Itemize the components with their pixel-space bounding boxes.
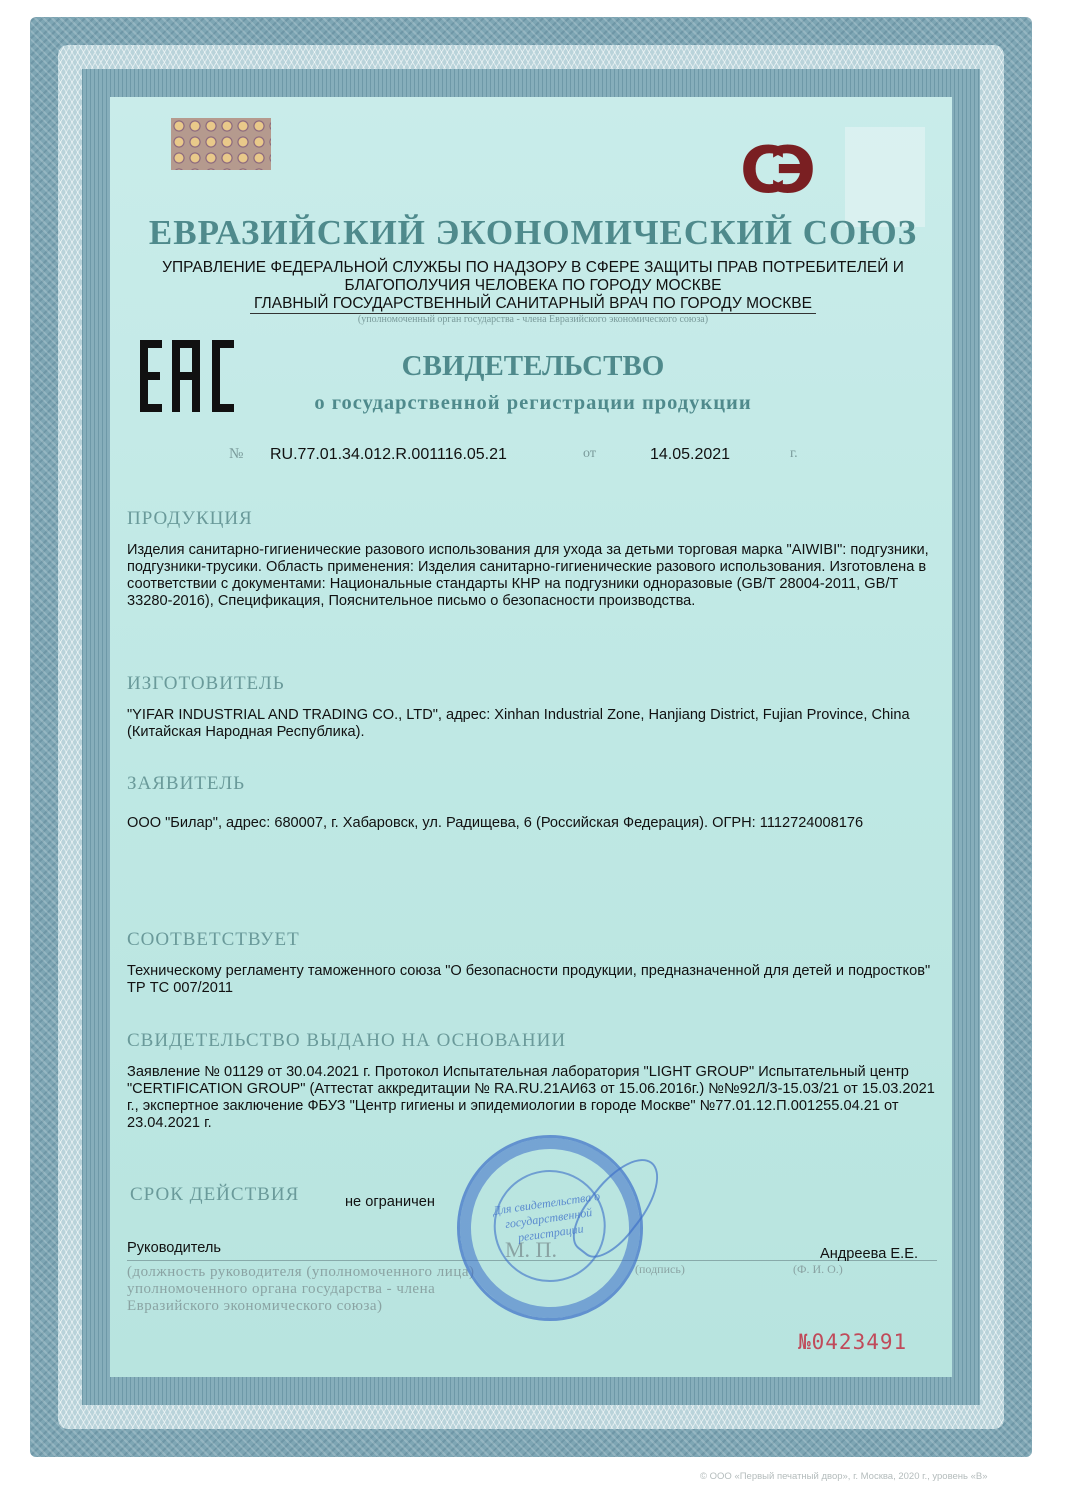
- serial-number: №0423491: [798, 1330, 907, 1354]
- se-logo-icon: СЭ: [740, 142, 810, 200]
- union-title: ЕВРАЗИЙСКИЙ ЭКОНОМИЧЕСКИЙ СОЮЗ: [0, 213, 1066, 253]
- agency-line-1: УПРАВЛЕНИЕ ФЕДЕРАЛЬНОЙ СЛУЖБЫ ПО НАДЗОРУ…: [130, 259, 936, 277]
- section-title-basis: СВИДЕТЕЛЬСТВО ВЫДАНО НА ОСНОВАНИИ: [127, 1030, 566, 1052]
- hologram-sticker: [171, 118, 271, 170]
- certificate-number: RU.77.01.34.012.R.001116.05.21: [270, 446, 507, 464]
- agency-line-3: ГЛАВНЫЙ ГОСУДАРСТВЕННЫЙ САНИТАРНЫЙ ВРАЧ …: [250, 295, 816, 314]
- section-body-product: Изделия санитарно-гигиенические разового…: [127, 542, 947, 610]
- section-body-basis: Заявление № 01129 от 30.04.2021 г. Прото…: [127, 1064, 947, 1132]
- signature-caption: (подпись): [635, 1262, 685, 1277]
- head-name: Андреева Е.Е.: [820, 1246, 918, 1262]
- section-title-product: ПРОДУКЦИЯ: [127, 508, 253, 530]
- agency-line-2: БЛАГОПОЛУЧИЯ ЧЕЛОВЕКА ПО ГОРОДУ МОСКВЕ: [130, 277, 936, 295]
- year-suffix: г.: [790, 446, 798, 462]
- section-body-applicant: ООО "Билар", адрес: 680007, г. Хабаровск…: [127, 815, 947, 832]
- printer-note: © ООО «Первый печатный двор», г. Москва,…: [700, 1471, 988, 1482]
- fio-caption: (Ф. И. О.): [793, 1262, 843, 1277]
- validity-row: СРОК ДЕЙСТВИЯ не ограничен: [130, 1184, 299, 1206]
- section-body-complies: Техническому регламенту таможенного союз…: [127, 963, 947, 997]
- section-title-complies: СООТВЕТСТВУЕТ: [127, 929, 300, 951]
- certificate-date: 14.05.2021: [650, 446, 730, 464]
- eac-mark-icon: [140, 340, 236, 412]
- head-label: Руководитель: [127, 1240, 221, 1256]
- number-label: №: [229, 446, 243, 463]
- date-from-label: от: [583, 446, 596, 462]
- validity-title: СРОК ДЕЙСТВИЯ: [130, 1184, 299, 1205]
- se-logo-background: [845, 127, 925, 227]
- section-body-manufacturer: "YIFAR INDUSTRIAL AND TRADING CO., LTD",…: [127, 707, 947, 741]
- section-title-manufacturer: ИЗГОТОВИТЕЛЬ: [127, 673, 285, 695]
- certificate-title: СВИДЕТЕЛЬСТВО: [250, 350, 816, 383]
- head-note: (должность руководителя (уполномоченного…: [127, 1264, 477, 1315]
- issuing-agency: УПРАВЛЕНИЕ ФЕДЕРАЛЬНОЙ СЛУЖБЫ ПО НАДЗОРУ…: [130, 259, 936, 314]
- certificate-subtitle: о государственной регистрации продукции: [250, 392, 816, 415]
- section-title-applicant: ЗАЯВИТЕЛЬ: [127, 773, 245, 795]
- agency-note: (уполномоченный орган государства - член…: [0, 314, 1066, 325]
